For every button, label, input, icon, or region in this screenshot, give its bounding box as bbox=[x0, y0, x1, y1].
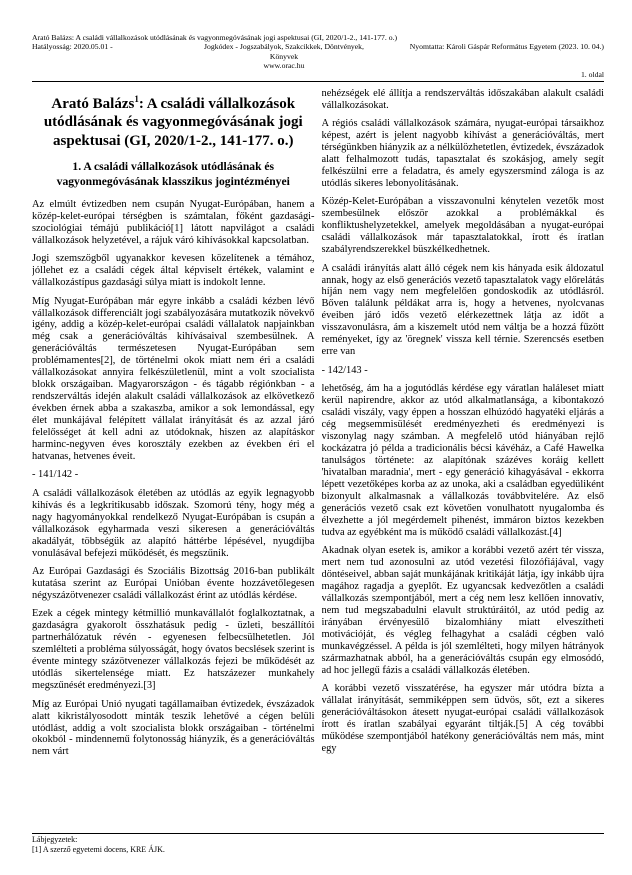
header-divider bbox=[32, 81, 604, 82]
document-reference: Arató Balázs: A családi vállalkozások ut… bbox=[32, 33, 604, 42]
footnotes-section: Lábjegyzetek: [1] A szerző egyetemi doce… bbox=[32, 833, 604, 855]
paragraph: lehetőség, ám ha a jogutódlás kérdése eg… bbox=[322, 383, 605, 538]
paragraph: Akadnak olyan esetek is, amikor a korább… bbox=[322, 545, 605, 676]
validity-label: Hatályosság: 2020.05.01 - bbox=[32, 42, 182, 51]
left-column: Arató Balázs1: A családi vállalkozások u… bbox=[32, 88, 315, 840]
left-column-paragraphs: Az elmúlt évtizedben nem csupán Nyugat-E… bbox=[32, 199, 315, 758]
section-heading: 1. A családi vállalkozások utódlásának é… bbox=[32, 160, 315, 188]
paragraph: A családi vállalkozások életében az utód… bbox=[32, 488, 315, 560]
footnote-item: [1] A szerző egyetemi docens, KRE ÁJK. bbox=[32, 845, 604, 855]
paragraph: Az elmúlt évtizedben nem csupán Nyugat-E… bbox=[32, 199, 315, 247]
paragraph: Míg Nyugat-Európában már egyre inkább a … bbox=[32, 296, 315, 463]
paragraph: Ezek a cégek mintegy kétmillió munkaváll… bbox=[32, 608, 315, 692]
page-break-marker: - 141/142 - bbox=[32, 469, 315, 481]
page-break-marker: - 142/143 - bbox=[322, 365, 605, 377]
two-column-body: Arató Balázs1: A családi vállalkozások u… bbox=[32, 88, 604, 840]
paragraph: Közép-Kelet-Európában a visszavonulni ké… bbox=[322, 196, 605, 256]
printed-by-label: Nyomtatta: Károli Gáspár Református Egye… bbox=[386, 42, 604, 51]
paragraph: Míg az Európai Unió nyugati tagállamaiba… bbox=[32, 699, 315, 759]
paragraph: A régiós családi vállalkozások számára, … bbox=[322, 118, 605, 190]
article-title-author: Arató Balázs bbox=[51, 96, 134, 112]
paragraph: Az Európai Gazdasági és Szociális Bizott… bbox=[32, 566, 315, 602]
paragraph: nehézségek elé állítja a rendszerváltás … bbox=[322, 88, 605, 112]
print-header: Arató Balázs: A családi vállalkozások ut… bbox=[32, 33, 604, 82]
article-title: Arató Balázs1: A családi vállalkozások u… bbox=[32, 90, 315, 151]
footnotes-label: Lábjegyzetek: bbox=[32, 835, 604, 845]
right-column-paragraphs: nehézségek elé állítja a rendszerváltás … bbox=[322, 88, 605, 755]
document-page: Arató Balázs: A családi vállalkozások ut… bbox=[0, 0, 632, 875]
paragraph: Jogi szemszögből ugyanakkor kevesen köze… bbox=[32, 253, 315, 289]
header-meta-row: Hatályosság: 2020.05.01 - Jogkódex - Jog… bbox=[32, 42, 604, 70]
source-block: Jogkódex - Jogszabályok, Szakcikkek, Dön… bbox=[182, 42, 386, 70]
page-number-label: 1. oldal bbox=[32, 70, 604, 80]
source-name: Jogkódex - Jogszabályok, Szakcikkek, Dön… bbox=[190, 42, 378, 61]
right-column: nehézségek elé állítja a rendszerváltás … bbox=[322, 88, 605, 840]
paragraph: A korábbi vezető visszatérése, ha egysze… bbox=[322, 683, 605, 755]
paragraph: A családi irányítás alatt álló cégek nem… bbox=[322, 263, 605, 359]
source-url: www.orac.hu bbox=[182, 61, 386, 70]
